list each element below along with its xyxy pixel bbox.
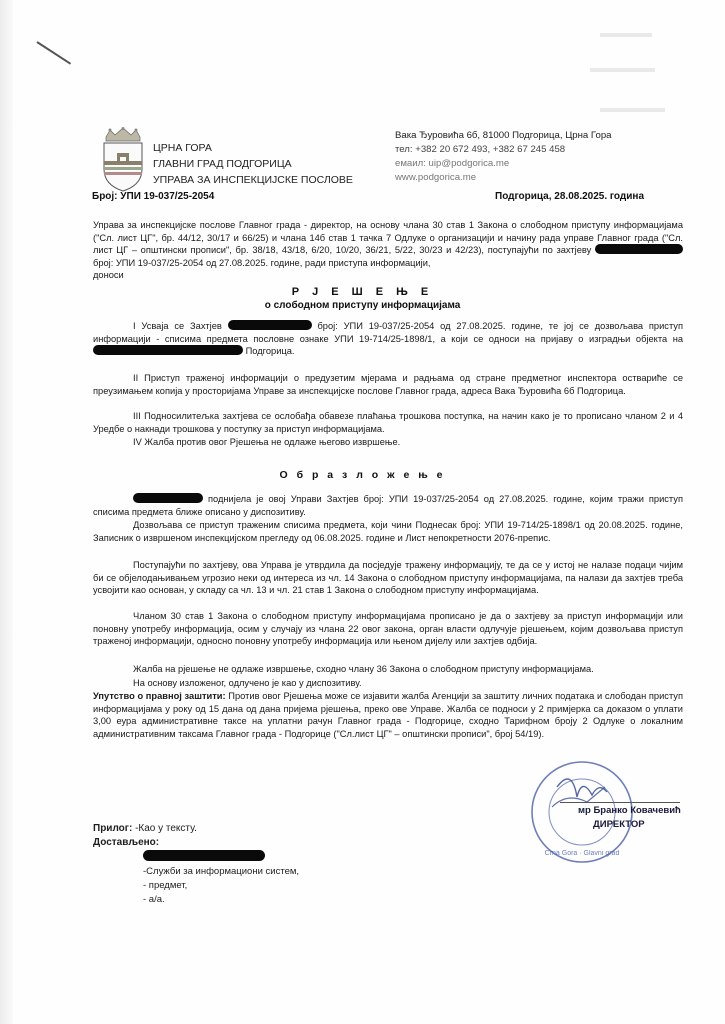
contact-info: Вака Ђуровића 6б, 81000 Подгорица, Црна … [395,129,612,185]
intro-paragraph: Управа за инспекцијске послове Главног г… [93,219,683,282]
organization-name: ЦРНА ГОРА ГЛАВНИ ГРАД ПОДГОРИЦА УПРАВА З… [153,140,353,188]
reasoning-paragraph-2: Дозвољава се приступ траженим списима пр… [93,519,683,544]
legal-remedy: Упутство о правној заштити: Против овог … [93,690,683,740]
org-line-country: ЦРНА ГОРА [153,140,353,156]
place-date: Подгорица, 28.08.2025. година [495,191,644,202]
reference-number: Број: УПИ 19-037/25-2054 [92,191,214,202]
delivered-item: -Служби за информациони систем, [143,865,299,879]
contact-phone: тел: +382 20 672 493, +382 67 245 458 [395,143,612,157]
redaction-bar [133,493,203,503]
document-page: ▬▬▬▬ ▬▬▬▬▬ ▬▬▬▬▬ ЦРНА ГОРА ГЛАВНИ ГРАД П… [0,0,725,1024]
signature-line [560,802,680,803]
reasoning-paragraph-5: Жалба на рјешење не одлаже извршење, схо… [93,663,683,676]
decision-item-1: I Усваја се Захтјев број: УПИ 19-037/25-… [93,320,683,358]
svg-text:Crna Gora · Glavni grad: Crna Gora · Glavni grad [545,850,620,857]
attachment-section: Прилог: -Као у тексту. Достављено: [93,822,197,850]
contact-address: Вака Ђуровића 6б, 81000 Подгорица, Црна … [395,129,612,143]
reasoning-paragraph-1: поднијела је овој Управи Захтјев број: У… [93,493,683,518]
signatory-name: мр Бранко Ковачевић [578,805,681,816]
org-line-agency: УПРАВА ЗА ИНСПЕКЦИЈСКЕ ПОСЛОВЕ [153,172,353,188]
bleed-through-text: ▬▬▬▬ [600,25,652,40]
item1-end: Подгорица. [246,346,295,356]
intro-closing: доноси [93,270,124,280]
contact-email: емаил: uip@podgorica.me [395,157,612,171]
delivered-label: Достављено: [93,836,197,850]
decision-item-3: III Подносилитељка захтјева се ослобађа … [93,410,683,435]
redaction-bar [228,320,312,330]
reasoning-paragraph-4: Чланом 30 став 1 Закона о слободном прис… [93,610,683,648]
scan-artifact-line [36,41,71,64]
reasoning-paragraph-3: Поступајући по захтјеву, ова Управа је у… [93,559,683,597]
bleed-through-text: ▬▬▬▬▬ [600,100,665,115]
bleed-through-text: ▬▬▬▬▬ [590,60,655,75]
intro-text-continued: број: УПИ 19-037/25-2054 од 27.08.2025. … [93,258,431,268]
redaction-bar [595,244,683,254]
decision-title: Р Ј Е Ш Е Њ Е [0,286,725,298]
decision-subtitle: о слободном приступу информацијама [0,300,725,311]
attachment-label: Прилог: [93,823,132,834]
item1-text: I Усваја се Захтјев [133,321,222,331]
city-crest-icon [100,127,146,193]
attachment-value: -Као у тексту. [135,823,197,834]
legal-remedy-label: Упутство о правној заштити: [93,691,226,701]
reasoning-paragraph-6: На основу изложеног, одлучено је као у д… [93,677,683,690]
org-line-city: ГЛАВНИ ГРАД ПОДГОРИЦА [153,156,353,172]
reasoning-title: О б р а з л о ж е њ е [0,469,725,481]
signatory-title: ДИРЕКТОР [593,819,645,830]
decision-item-4: IV Жалба против овог Рјешења не одлаже њ… [93,436,683,449]
contact-website: www.podgorica.me [395,171,612,185]
decision-item-2: II Приступ траженој информацији о предуз… [93,372,683,397]
delivered-item: - а/а. [143,893,299,907]
scan-edge-shadow [0,0,13,1024]
redaction-bar [93,345,243,355]
delivered-list: -Служби за информациони систем, - предме… [143,850,299,907]
delivered-item: - предмет, [143,879,299,893]
redaction-bar [143,850,265,861]
